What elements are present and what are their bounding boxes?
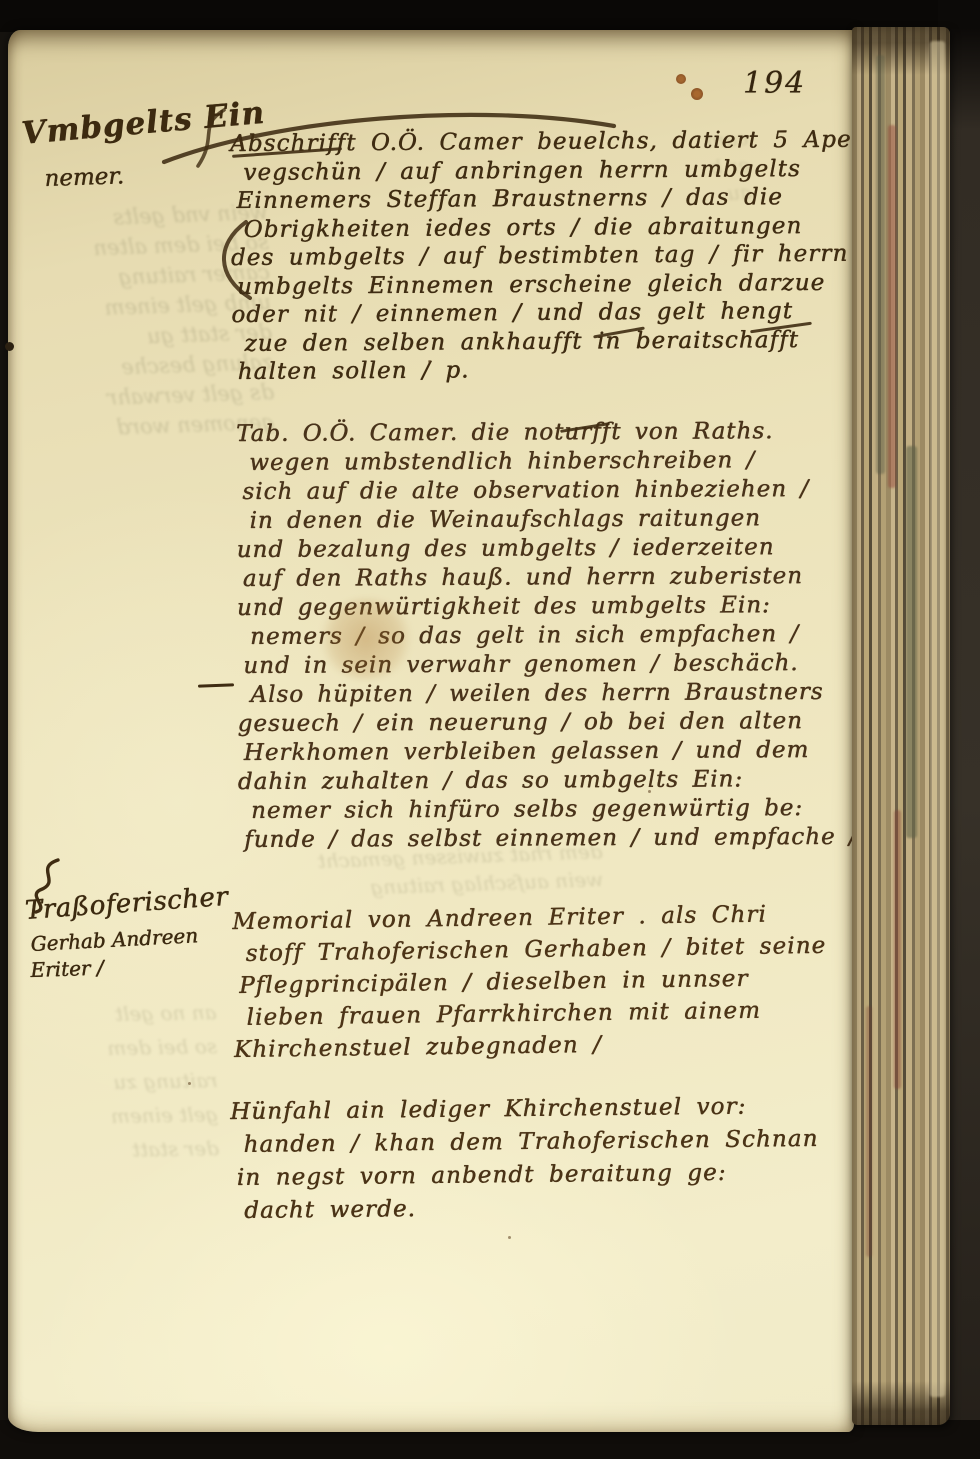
paragraph-kirchenstuel: Hünfahl ain lediger Khirchenstuel vor:ha… <box>230 1090 819 1228</box>
showthrough-ghost: an no geltso bei demraitung zugelt einem… <box>107 995 220 1167</box>
paper-speck <box>648 790 651 793</box>
fore-edge-pale-band <box>930 41 945 1397</box>
ghost-line: an no gelt <box>107 995 217 1031</box>
manuscript-line: gesuech / ein neuerung / ob bei den alte… <box>238 707 858 739</box>
manuscript-line: Herkhomen verbleiben gelassen / und dem <box>244 736 858 768</box>
manuscript-line: Tab. O.Ö. Camer. die noturfft von Raths. <box>236 417 856 449</box>
ink-dot <box>691 88 703 100</box>
margin-dash <box>198 683 234 687</box>
folio-number: 194 <box>743 66 806 101</box>
manuscript-line: auf den Raths hauß. und herrn zuberisten <box>243 562 857 594</box>
paragraph-camer-order: Abschrifft O.Ö. Camer beuelchs, datiert … <box>230 125 884 386</box>
manuscript-line: handen / khan dem Trahoferischen Schnan <box>243 1123 818 1162</box>
manuscript-line: und bezalung des umbgelts / iederzeiten <box>237 533 857 565</box>
manuscript-line: zue den selben ankhaufft in beraitschaff… <box>244 325 884 358</box>
manuscript-line: Khirchenstuel zubegnaden / <box>234 1026 828 1066</box>
ghost-line: gelt einem <box>108 1097 218 1133</box>
manuscript-page: 194 wein vnd geltsso bei dem altencamer … <box>8 30 854 1432</box>
manuscript-line: sich auf die alte observation hinbeziehe… <box>242 475 856 507</box>
fore-edge-green-streak <box>906 446 917 837</box>
paper-speck <box>188 1082 191 1085</box>
ink-dot <box>676 74 686 84</box>
scan-background-top <box>0 0 980 32</box>
fore-edge-red-streak <box>866 1006 872 1258</box>
fore-edge-green-streak <box>876 55 885 474</box>
manuscript-line: dacht werde. <box>244 1189 819 1228</box>
manuscript-line: Abschrifft O.Ö. Camer beuelchs, datiert … <box>230 125 883 158</box>
manuscript-line: Einnemers Steffan Braustnerns / das die <box>236 182 883 215</box>
margin-note-umbgelts-line2: nemer. <box>44 163 124 192</box>
margin-note-trahofer-line2: Gerhab Andreen <box>30 923 199 956</box>
manuscript-line: halten sollen / p. <box>238 353 885 386</box>
paragraph-memorial: Memorial von Andreen Eriter . als Christ… <box>232 898 828 1066</box>
ghost-line: raitung zu <box>108 1063 218 1099</box>
manuscript-line: Obrigkheiten iedes orts / die abraitunge… <box>244 211 884 244</box>
manuscript-line: wegen umbstendlich hinberschreiben / <box>249 446 856 478</box>
paper-stain <box>320 598 412 680</box>
manuscript-line: dahin zuhalten / das so umbgelts Ein: <box>238 765 858 797</box>
ghost-line: so bei dem <box>107 1029 217 1065</box>
ghost-line: der statt <box>109 1131 219 1167</box>
paper-speck <box>428 360 431 363</box>
fore-edge-red-streak <box>894 810 901 1090</box>
manuscript-line: funde / das selbst einnemen / und empfac… <box>244 823 858 855</box>
fore-edge-red-streak <box>888 125 896 488</box>
manuscript-line: des umbgelts / auf bestimbten tag / fir … <box>231 239 884 272</box>
margin-note-trahofer-line3: Eriter / <box>30 955 104 982</box>
manuscript-line: umbgelts Einnemen erscheine gleich darzu… <box>237 268 884 301</box>
manuscript-line: nemer sich hinfüro selbs gegenwürtig be: <box>251 794 858 826</box>
book-fore-edge <box>852 27 950 1425</box>
ink-dot <box>5 342 14 351</box>
manuscript-line: Also hüpiten / weilen des herrn Braustne… <box>250 678 857 710</box>
manuscript-line: in denen die Weinaufschlags raitungen <box>249 504 856 536</box>
scanned-manuscript-photo: 194 wein vnd geltsso bei dem altencamer … <box>0 0 980 1459</box>
paper-speck <box>508 1236 511 1239</box>
manuscript-line: vegschün / auf anbringen herrn umbgelts <box>243 154 883 187</box>
